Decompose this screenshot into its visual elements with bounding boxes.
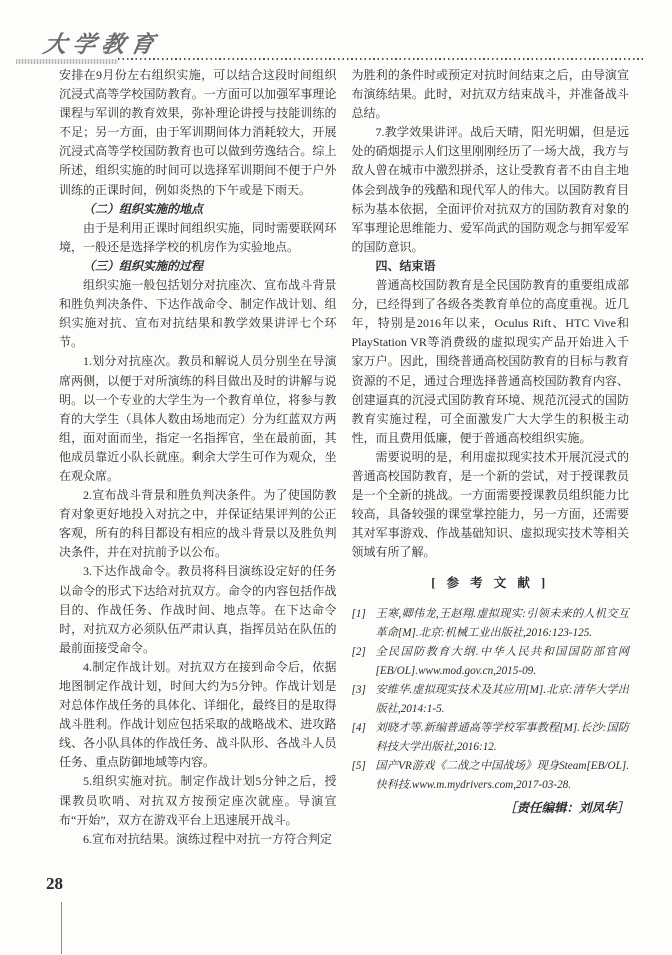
reference-marker: [4] bbox=[352, 719, 376, 757]
header-rule-hatch bbox=[16, 59, 118, 64]
paragraph-step-5: 5.组织实施对抗。制定作战计划5分钟之后，授课教员吹哨、对抗双方按预定座次就座。… bbox=[59, 772, 337, 829]
paragraph: 需要说明的是，利用虚拟现实技术开展沉浸式的普通高校国防教育，是一个新的尝试，对于… bbox=[352, 448, 630, 563]
reference-marker: [5] bbox=[352, 757, 376, 795]
journal-page: 大学教育 安排在9月份左右组织实施，可以结合这段时间组织沉浸式高等学校国防教育。… bbox=[0, 0, 672, 955]
page-number-tick bbox=[61, 902, 62, 954]
reference-marker: [3] bbox=[352, 681, 376, 719]
header-rule-dotted bbox=[118, 58, 646, 60]
reference-item: [5] 国产VR游戏《二战之中国战场》现身Steam[EB/OL].快科技.ww… bbox=[352, 757, 630, 795]
reference-text: 国产VR游戏《二战之中国战场》现身Steam[EB/OL].快科技.www.m.… bbox=[376, 757, 630, 795]
section-heading-conclusion: 四、结束语 bbox=[352, 257, 630, 276]
paragraph-step-2: 2.宣布战斗背景和胜负判决条件。为了使国防教育对象更好地投入对抗之中，并保证结果… bbox=[59, 486, 337, 562]
reference-text: 王寒,卿伟龙,王赵翔.虚拟现实:引领未来的人机交互革命[M].北京:机械工业出版… bbox=[376, 605, 630, 643]
page-number: 28 bbox=[46, 874, 63, 894]
reference-text: 安维华.虚拟现实技术及其应用[M].北京:清华大学出版社,2014:1-5. bbox=[376, 681, 630, 719]
reference-item: [3] 安维华.虚拟现实技术及其应用[M].北京:清华大学出版社,2014:1-… bbox=[352, 681, 630, 719]
references-header: [ 参 考 文 献 ] bbox=[352, 574, 630, 593]
paragraph: 组织实施一般包括划分对抗座次、宣布战斗背景和胜负判决条件、下达作战命令、制定作战… bbox=[59, 276, 337, 352]
paragraph-step-7: 7.教学效果讲评。战后天晴，阳光明媚，但是远处的硝烟提示人们这里刚刚经历了一场大… bbox=[352, 123, 630, 257]
reference-text: 刘晓才等.新编普通高等学校军事教程[M].长沙:国防科技大学出版社,2016:1… bbox=[376, 719, 630, 757]
article-body: 安排在9月份左右组织实施，可以结合这段时间组织沉浸式高等学校国防教育。一方面可以… bbox=[59, 66, 629, 849]
reference-item: [4] 刘晓才等.新编普通高等学校军事教程[M].长沙:国防科技大学出版社,20… bbox=[352, 719, 630, 757]
paragraph-step-4: 4.制定作战计划。对抗双方在接到命令后，依据地图制定作战计划，时间大约为5分钟。… bbox=[59, 658, 337, 773]
editor-line: ［责任编辑：刘凤华］ bbox=[352, 799, 630, 818]
paragraph: 普通高校国防教育是全民国防教育的重要组成部分，已经得到了各级各类教育单位的高度重… bbox=[352, 276, 630, 448]
paragraph: 由于是利用正课时间组织实施，同时需要联网环境，一般还是选择学校的机房作为实验地点… bbox=[59, 219, 337, 257]
paragraph-step-3: 3.下达作战命令。教员将科目演练设定好的任务以命令的形式下达给对抗双方。命令的内… bbox=[59, 562, 337, 657]
paragraph: 为胜利的条件时或预定对抗时间结束之后，由导演宣布演练结果。此时，对抗双方结束战斗… bbox=[352, 66, 630, 123]
reference-text: 全民国防教育大纲.中华人民共和国国防部官网[EB/OL].www.mod.gov… bbox=[376, 643, 630, 681]
paragraph-step-1: 1.划分对抗座次。教员和解说人员分别坐在导演席两侧，以便于对所演练的科目做出及时… bbox=[59, 352, 337, 486]
right-column: 为胜利的条件时或预定对抗时间结束之后，由导演宣布演练结果。此时，对抗双方结束战斗… bbox=[352, 66, 630, 849]
journal-logo: 大学教育 bbox=[41, 26, 163, 59]
reference-marker: [1] bbox=[352, 605, 376, 643]
paragraph: 安排在9月份左右组织实施，可以结合这段时间组织沉浸式高等学校国防教育。一方面可以… bbox=[59, 66, 337, 200]
references-section: [ 参 考 文 献 ] [1] 王寒,卿伟龙,王赵翔.虚拟现实:引领未来的人机交… bbox=[352, 574, 630, 817]
reference-item: [2] 全民国防教育大纲.中华人民共和国国防部官网[EB/OL].www.mod… bbox=[352, 643, 630, 681]
reference-marker: [2] bbox=[352, 643, 376, 681]
section-heading-process: （三）组织实施的过程 bbox=[59, 257, 337, 276]
left-column: 安排在9月份左右组织实施，可以结合这段时间组织沉浸式高等学校国防教育。一方面可以… bbox=[59, 66, 337, 849]
section-heading-location: （二）组织实施的地点 bbox=[59, 200, 337, 219]
paragraph-step-6: 6.宣布对抗结果。演练过程中对抗一方符合判定 bbox=[59, 830, 337, 849]
reference-item: [1] 王寒,卿伟龙,王赵翔.虚拟现实:引领未来的人机交互革命[M].北京:机械… bbox=[352, 605, 630, 643]
